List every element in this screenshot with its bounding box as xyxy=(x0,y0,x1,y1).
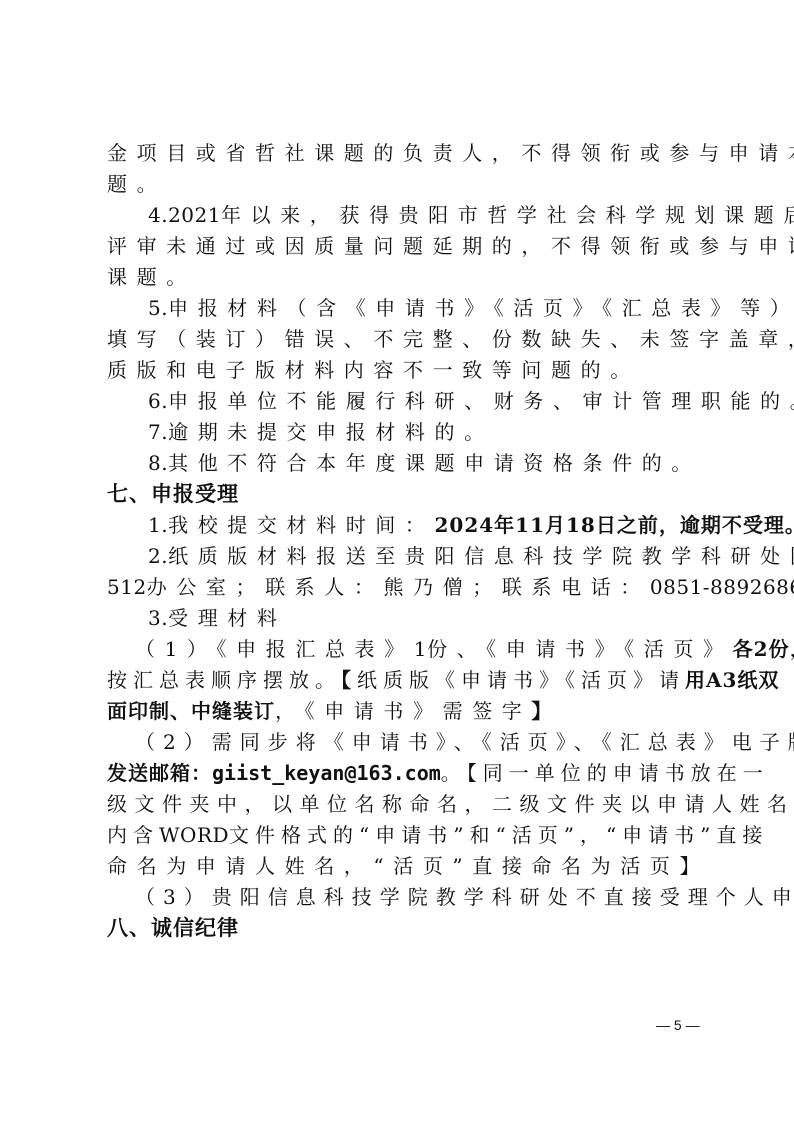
email-address: giist_keyan@163.com xyxy=(212,761,441,785)
receipt-subitem-1: （1）《申报汇总表》1份、《申请书》《活页》各2份，并 xyxy=(107,634,685,665)
paragraph-line: 面印制、中缝装订，《申请书》需签字】 xyxy=(107,696,685,727)
paragraph-line: 内含WORD文件格式的“申请书”和“活页”，“申请书”直接 xyxy=(107,820,685,851)
paragraph-line: 发送邮箱：giist_keyan@163.com。【同一单位的申请书放在一 xyxy=(107,758,685,789)
list-item-5: 5.申报材料（含《申请书》《活页》《汇总表》等）存在 xyxy=(107,293,685,324)
section-heading-7: 七、申报受理 xyxy=(107,479,685,510)
paragraph-line: 命名为申请人姓名，“活页”直接命名为活页】 xyxy=(107,851,685,882)
receipt-item-1: 1.我校提交材料时间：2024年11月18日之前，逾期不受理。 xyxy=(107,510,685,541)
page-number: — 5 — xyxy=(656,1017,700,1033)
receipt-subitem-3: （3）贵阳信息科技学院教学科研处不直接受理个人申报。 xyxy=(107,882,685,913)
receipt-subitem-2: （2）需同步将《申请书》、《活页》、《汇总表》电子版 xyxy=(107,727,685,758)
document-page: 金项目或省哲社课题的负责人，不得领衔或参与申请本年度课 题。 4.2021年以来… xyxy=(107,138,685,944)
list-item-6: 6.申报单位不能履行科研、财务、审计管理职能的。 xyxy=(107,386,685,417)
paragraph-line: 评审未通过或因质量问题延期的，不得领衔或参与申请本年度 xyxy=(107,231,685,262)
receipt-item-2: 2.纸质版材料报送至贵阳信息科技学院教学科研处图书馆 xyxy=(107,541,685,572)
receipt-item-3: 3.受理材料 xyxy=(107,603,685,634)
list-item-4: 4.2021年以来，获得贵阳市哲学社会科学规划课题后结项 xyxy=(107,200,685,231)
list-item-8: 8.其他不符合本年度课题申请资格条件的。 xyxy=(107,448,685,479)
paragraph-line: 课题。 xyxy=(107,262,685,293)
list-item-7: 7.逾期未提交申报材料的。 xyxy=(107,417,685,448)
paragraph-line: 级文件夹中，以单位名称命名，二级文件夹以申请人姓名命名， xyxy=(107,789,685,820)
paragraph-line: 金项目或省哲社课题的负责人，不得领衔或参与申请本年度课 xyxy=(107,138,685,169)
section-heading-8: 八、诚信纪律 xyxy=(107,913,685,944)
phone-number: 0851-88926866 xyxy=(650,575,794,599)
paragraph-line: 按汇总表顺序摆放。【纸质版《申请书》《活页》请用A3纸双 xyxy=(107,665,685,696)
paragraph-line: 512办公室；联系人：熊乃僧；联系电话：0851-88926866。 xyxy=(107,572,685,603)
paragraph-line: 填写（装订）错误、不完整、份数缺失、未签字盖章，以及纸 xyxy=(107,324,685,355)
paragraph-line: 质版和电子版材料内容不一致等问题的。 xyxy=(107,355,685,386)
deadline-text: 2024年11月18日之前，逾期不受理。 xyxy=(435,513,794,537)
paragraph-line: 题。 xyxy=(107,169,685,200)
